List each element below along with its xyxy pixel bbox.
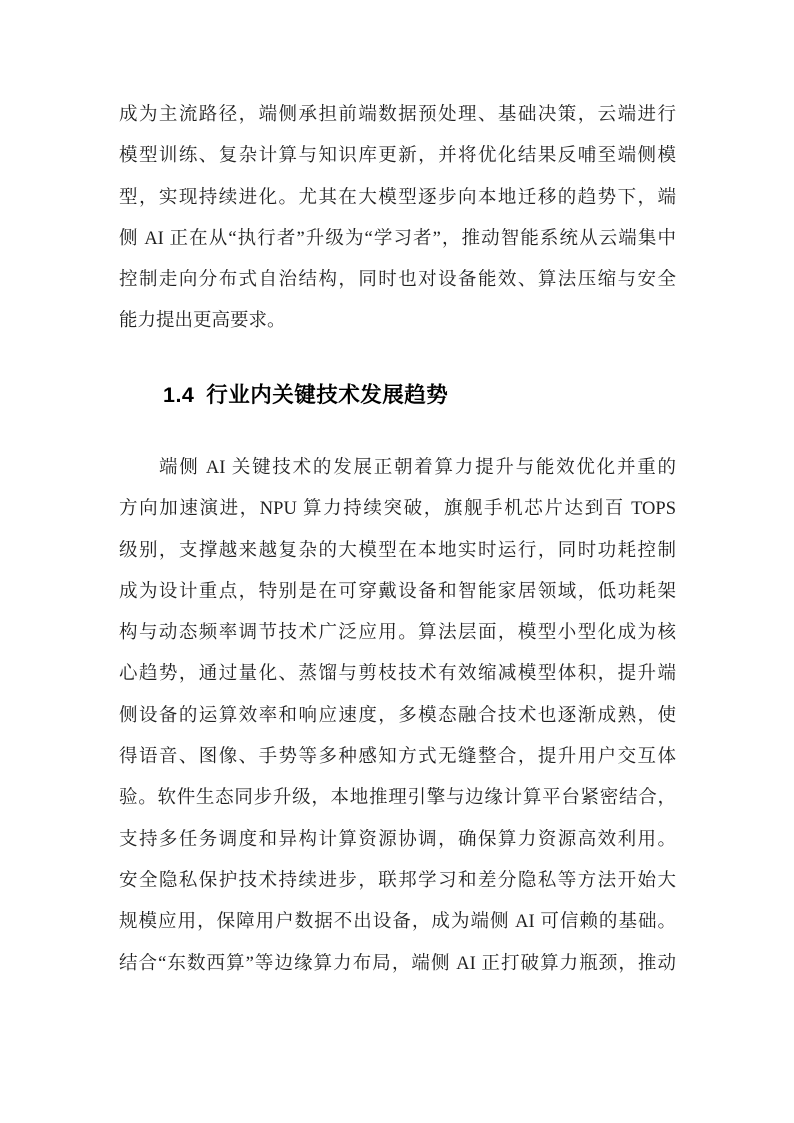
text-line: 型，实现持续进化。尤其在大模型逐步向本地迁移的趋势下，端	[119, 178, 676, 219]
text-line: 能力提出更高要求。	[119, 301, 676, 342]
text-line: 支持多任务调度和异构计算资源协调，确保算力资源高效利用。	[119, 820, 676, 861]
text-line: 心趋势，通过量化、蒸馏与剪枝技术有效缩减模型体积，提升端	[119, 654, 676, 695]
text-line: 模型训练、复杂计算与知识库更新，并将优化结果反哺至端侧模	[119, 136, 676, 177]
text-line: 侧 AI 正在从“执行者”升级为“学习者”，推动智能系统从云端集中	[119, 219, 676, 260]
section-title: 行业内关键技术发展趋势	[206, 383, 448, 407]
document-page: 成为主流路径，端侧承担前端数据预处理、基础决策，云端进行模型训练、复杂计算与知识…	[0, 0, 794, 1123]
section-number: 1.4	[163, 383, 194, 407]
text-line: 侧设备的运算效率和响应速度，多模态融合技术也逐渐成熟，使	[119, 696, 676, 737]
text-line: 级别，支撑越来越复杂的大模型在本地实时运行，同时功耗控制	[119, 531, 676, 572]
text-line: 规模应用，保障用户数据不出设备，成为端侧 AI 可信赖的基础。	[119, 902, 676, 943]
text-line: 构与动态频率调节技术广泛应用。算法层面，模型小型化成为核	[119, 613, 676, 654]
section-heading: 1.4行业内关键技术发展趋势	[119, 380, 720, 410]
text-line: 端侧 AI 关键技术的发展正朝着算力提升与能效优化并重的	[119, 448, 676, 489]
text-line: 结合“东数西算”等边缘算力布局，端侧 AI 正打破算力瓶颈，推动	[119, 944, 676, 985]
paragraph-continuation: 成为主流路径，端侧承担前端数据预处理、基础决策，云端进行模型训练、复杂计算与知识…	[119, 95, 676, 343]
text-line: 安全隐私保护技术持续进步，联邦学习和差分隐私等方法开始大	[119, 861, 676, 902]
paragraph-body: 端侧 AI 关键技术的发展正朝着算力提升与能效优化并重的方向加速演进，NPU 算…	[119, 448, 676, 985]
text-line: 控制走向分布式自治结构，同时也对设备能效、算法压缩与安全	[119, 260, 676, 301]
text-line: 验。软件生态同步升级，本地推理引擎与边缘计算平台紧密结合，	[119, 778, 676, 819]
text-line: 成为主流路径，端侧承担前端数据预处理、基础决策，云端进行	[119, 95, 676, 136]
text-line: 成为设计重点，特别是在可穿戴设备和智能家居领域，低功耗架	[119, 572, 676, 613]
text-line: 方向加速演进，NPU 算力持续突破，旗舰手机芯片达到百 TOPS	[119, 489, 676, 530]
text-line: 得语音、图像、手势等多种感知方式无缝整合，提升用户交互体	[119, 737, 676, 778]
